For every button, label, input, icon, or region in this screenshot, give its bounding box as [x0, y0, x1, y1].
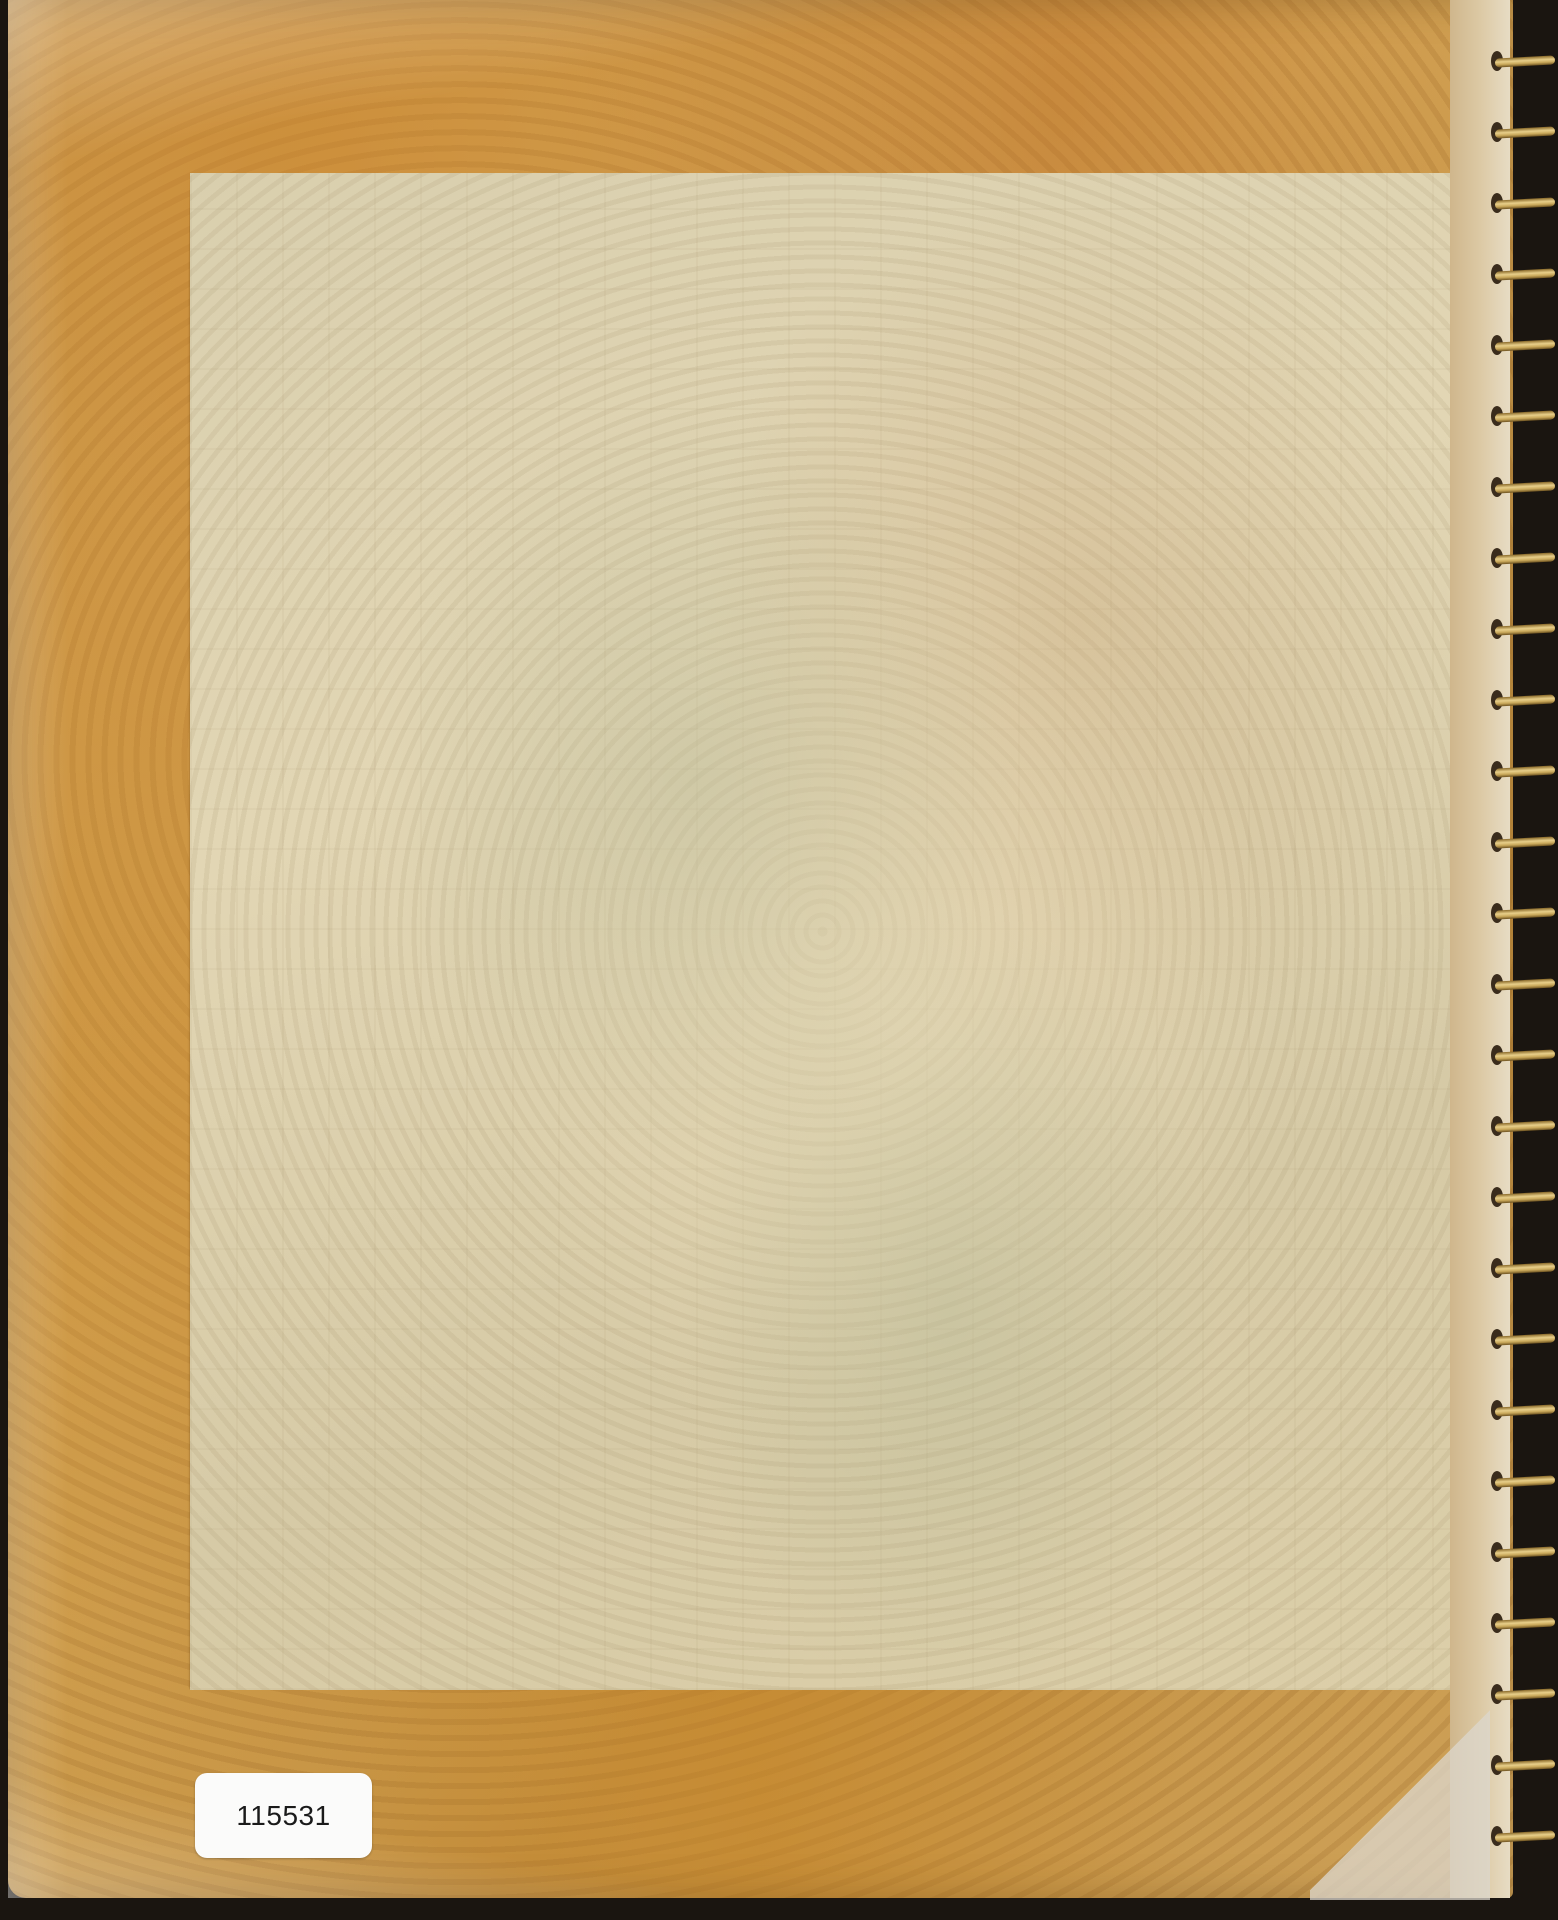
spiral-ring: [1495, 1262, 1555, 1274]
spiral-ring: [1495, 481, 1555, 493]
spiral-ring: [1495, 1191, 1555, 1203]
spiral-ring: [1495, 339, 1555, 351]
spiral-ring: [1495, 1830, 1555, 1842]
spiral-ring: [1495, 1546, 1555, 1558]
spiral-ring: [1495, 1120, 1555, 1132]
spiral-ring: [1495, 623, 1555, 635]
spiral-ring: [1495, 1404, 1555, 1416]
catalog-number: 115531: [236, 1800, 330, 1832]
plastic-corner-fold: [1310, 1700, 1490, 1900]
spiral-ring: [1495, 197, 1555, 209]
spiral-ring: [1495, 765, 1555, 777]
spiral-ring: [1495, 55, 1555, 67]
book-back-cover: [8, 0, 1513, 1898]
spiral-ring: [1495, 1333, 1555, 1345]
page-edge-strip: [1450, 0, 1510, 1898]
spiral-ring: [1495, 836, 1555, 848]
spiral-ring: [1495, 907, 1555, 919]
spiral-ring: [1495, 268, 1555, 280]
spiral-ring: [1495, 1049, 1555, 1061]
spiral-ring: [1495, 126, 1555, 138]
spiral-ring: [1495, 1688, 1555, 1700]
spiral-ring: [1495, 1759, 1555, 1771]
catalog-label: 115531: [195, 1773, 372, 1858]
spiral-ring: [1495, 978, 1555, 990]
spiral-ring: [1495, 1475, 1555, 1487]
spiral-ring: [1495, 410, 1555, 422]
spiral-ring: [1495, 552, 1555, 564]
spiral-ring: [1495, 694, 1555, 706]
marbled-inner-panel: [190, 173, 1455, 1690]
spiral-ring: [1495, 1617, 1555, 1629]
